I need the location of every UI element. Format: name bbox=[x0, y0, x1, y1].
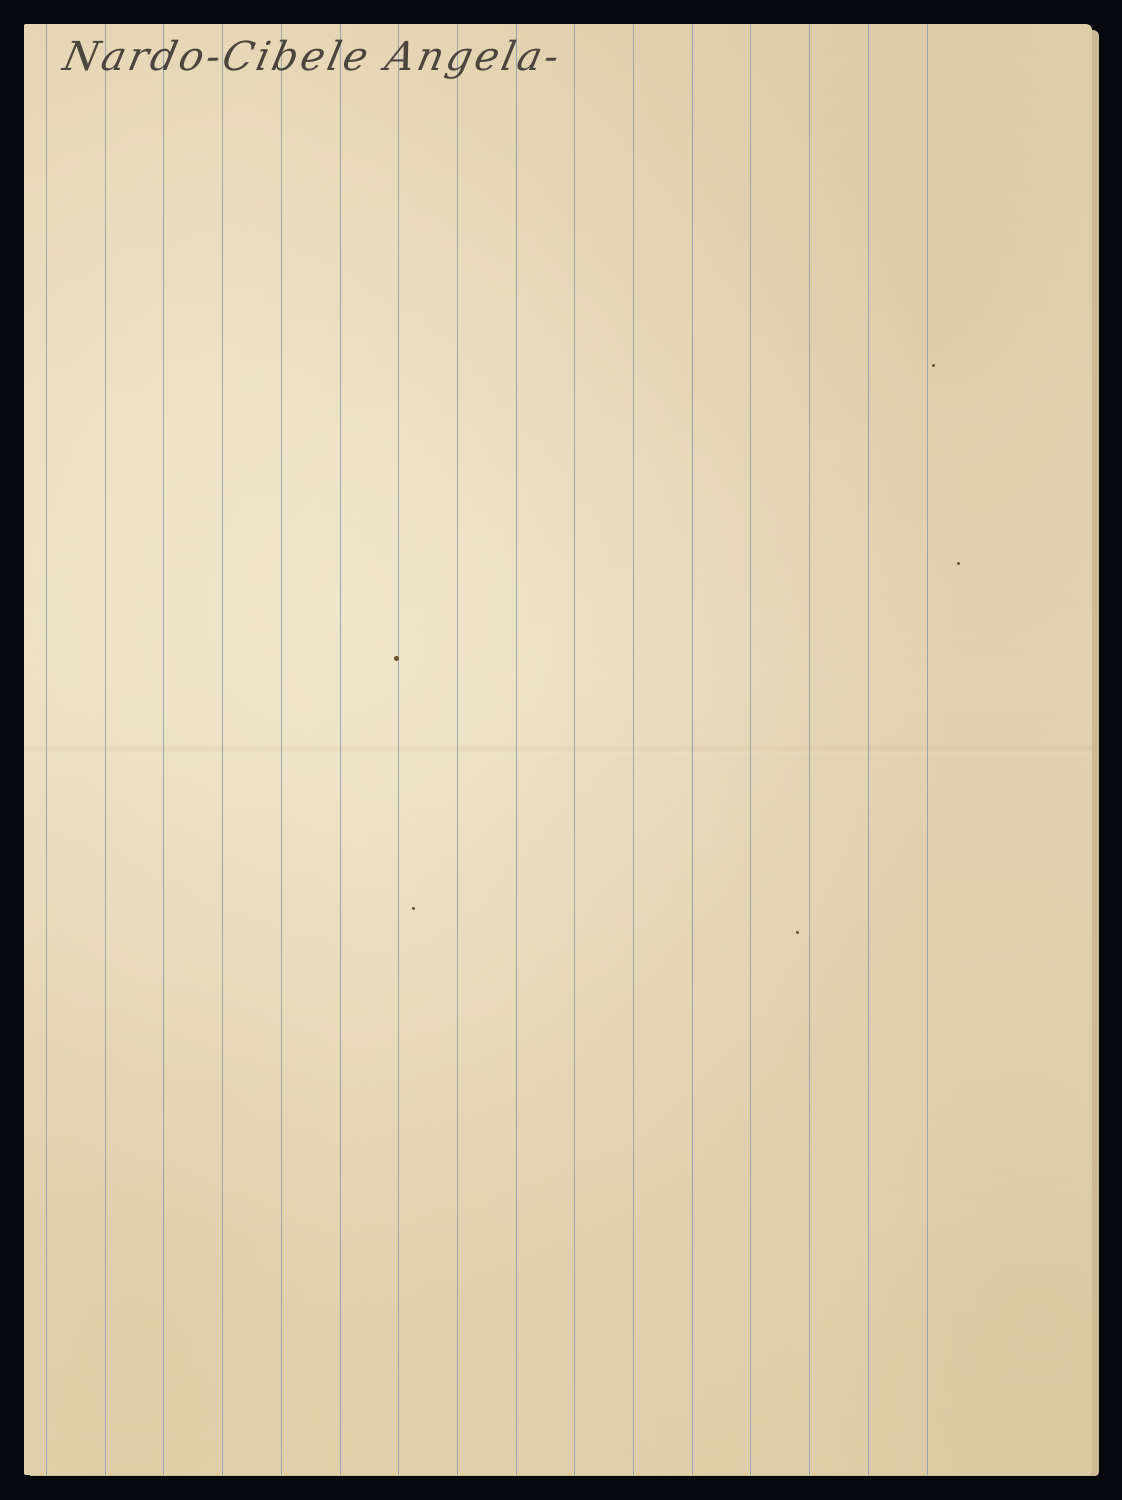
vertical-rule-line bbox=[809, 24, 810, 1475]
vertical-rule-line bbox=[105, 24, 106, 1475]
paper-speck bbox=[932, 364, 935, 367]
vertical-rule-line bbox=[46, 24, 47, 1475]
vertical-rule-line bbox=[457, 24, 458, 1475]
paper-speck bbox=[796, 931, 799, 934]
handwritten-name: Nardo-Cibele Angela- bbox=[59, 34, 566, 80]
vertical-rule-line bbox=[633, 24, 634, 1475]
vertical-rule-line bbox=[692, 24, 693, 1475]
vertical-rule-line bbox=[398, 24, 399, 1475]
paper-speck bbox=[957, 562, 960, 565]
vertical-rule-line bbox=[868, 24, 869, 1475]
vertical-rule-line bbox=[927, 24, 928, 1475]
vertical-rule-line bbox=[516, 24, 517, 1475]
vertical-rule-line bbox=[163, 24, 164, 1475]
vertical-rule-line bbox=[340, 24, 341, 1475]
paper-sheet: Nardo-Cibele Angela- bbox=[24, 24, 1092, 1475]
paper-fold-crease bbox=[24, 744, 1092, 754]
vertical-rule-line bbox=[750, 24, 751, 1475]
vertical-rule-line bbox=[222, 24, 223, 1475]
paper-speck bbox=[412, 907, 415, 910]
vertical-rule-line bbox=[574, 24, 575, 1475]
paper-speck bbox=[394, 656, 399, 661]
vertical-rule-line bbox=[281, 24, 282, 1475]
